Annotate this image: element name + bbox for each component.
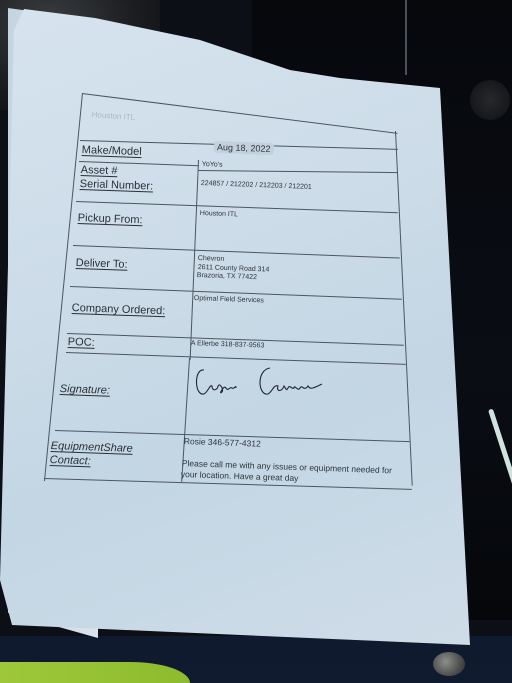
value-company-ordered: Optimal Field Services — [194, 294, 264, 305]
value-contact-name-phone: Rosie 346-577-4312 — [184, 436, 261, 450]
label-company-ordered: Company Ordered: — [72, 302, 166, 317]
table-border-right — [395, 131, 413, 486]
delivery-form: Houston ITL Aug 18, 2022 Make/Model Asse… — [0, 0, 512, 683]
value-pickup-from: Houston ITL — [200, 209, 238, 219]
value-deliver-to-line3: Brazoria, TX 77422 — [197, 271, 257, 282]
label-contact: Contact: — [50, 454, 91, 467]
label-equipmentshare: EquipmentShare — [51, 440, 133, 455]
label-make-model: Make/Model — [82, 144, 142, 158]
value-poc: A Ellerbe 318-837-9563 — [191, 339, 265, 351]
label-serial-number: Serial Number: — [80, 178, 154, 193]
table-rule — [198, 170, 398, 173]
value-serial-numbers: 224857 / 212202 / 212203 / 212201 — [201, 179, 312, 192]
form-date: Aug 18, 2022 — [214, 141, 274, 155]
label-deliver-to: Deliver To: — [76, 257, 128, 271]
label-signature: Signature: — [60, 383, 111, 397]
table-rule — [73, 245, 400, 259]
label-pickup-from: Pickup From: — [78, 212, 143, 226]
label-poc: POC: — [68, 336, 95, 349]
label-asset: Asset # — [81, 164, 118, 177]
handwritten-signature — [190, 362, 350, 406]
header-location: Houston ITL — [91, 110, 135, 122]
value-make-model: YoYo's — [202, 160, 223, 170]
